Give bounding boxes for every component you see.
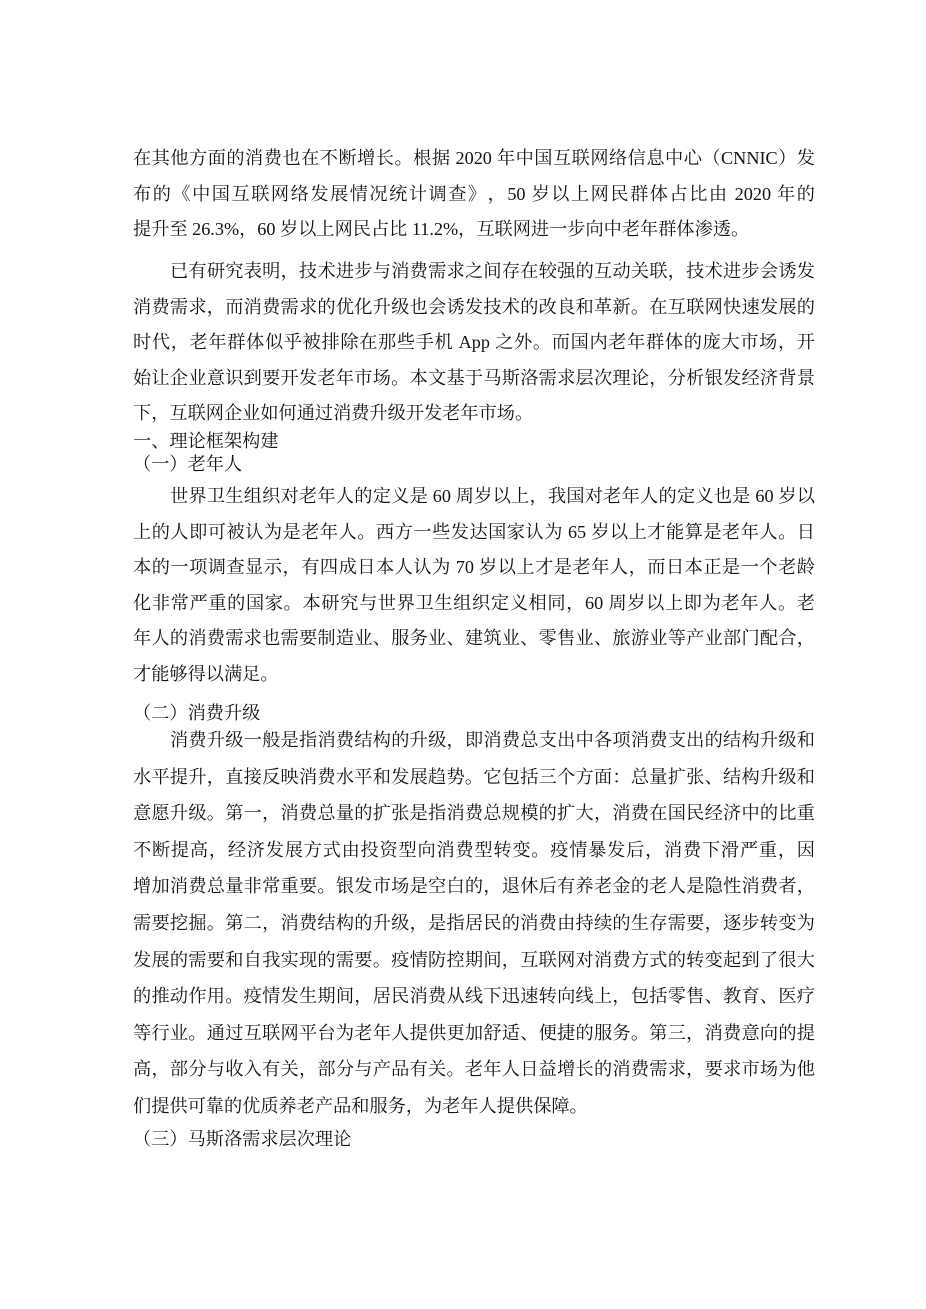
paragraph-line: 的推动作用。疫情发生期间，居民消费从线下迅速转向线上，包括零售、教育、医疗 (133, 978, 815, 1015)
paragraph-line: 已有研究表明，技术进步与消费需求之间存在较强的互动关联，技术进步会诱发 (133, 254, 815, 290)
paragraph-line: 消费需求，而消费需求的优化升级也会诱发技术的改良和革新。在互联网快速发展的 (133, 290, 815, 326)
paragraph-line: 高，部分与收入有关，部分与产品有关。老年人日益增长的消费需求，要求市场为他 (133, 1051, 815, 1088)
paragraph-line: 需要挖掘。第二，消费结构的升级，是指居民的消费由持续的生存需要，逐步转变为 (133, 905, 815, 942)
subsection-heading: （三）马斯洛需求层次理论 (133, 1126, 815, 1152)
paragraph-line: 提升至 26.3%，60 岁以上网民占比 11.2%，互联网进一步向中老年群体渗… (133, 212, 815, 248)
section-heading: 一、理论框架构建 (133, 430, 815, 452)
paragraph-line: 在其他方面的消费也在不断增长。根据 2020 年中国互联网络信息中心（CNNIC… (133, 141, 815, 177)
paragraph-line: 水平提升，直接反映消费水平和发展趋势。它包括三个方面：总量扩张、结构升级和 (133, 759, 815, 796)
paragraph-line: 年人的消费需求也需要制造业、服务业、建筑业、零售业、旅游业等产业部门配合， (133, 621, 815, 657)
document-page: 在其他方面的消费也在不断增长。根据 2020 年中国互联网络信息中心（CNNIC… (0, 0, 926, 1309)
paragraph-line: 不断提高，经济发展方式由投资型向消费型转变。疫情暴发后，消费下滑严重，因此， (133, 832, 815, 869)
paragraph-line: 本的一项调查显示，有四成日本人认为 70 岁以上才是老年人，而日本正是一个老龄 (133, 550, 815, 586)
paragraph-line: 意愿升级。第一，消费总量的扩张是指消费总规模的扩大，消费在国民经济中的比重 (133, 795, 815, 832)
paragraph-line: 布的《中国互联网络发展情况统计调查》，50 岁以上网民群体占比由 2020 年的… (133, 177, 815, 213)
paragraph-line: 世界卫生组织对老年人的定义是 60 周岁以上，我国对老年人的定义也是 60 岁以 (133, 479, 815, 515)
paragraph-elderly-definition: 世界卫生组织对老年人的定义是 60 周岁以上，我国对老年人的定义也是 60 岁以… (133, 479, 815, 692)
paragraph-line: 上的人即可被认为是老年人。西方一些发达国家认为 65 岁以上才能算是老年人。日 (133, 515, 815, 551)
subsection-heading: （一）老年人 (133, 452, 815, 476)
paragraph-intro-continued: 在其他方面的消费也在不断增长。根据 2020 年中国互联网络信息中心（CNNIC… (133, 141, 815, 248)
paragraph-line: 们提供可靠的优质养老产品和服务，为老年人提供保障。 (133, 1088, 815, 1125)
paragraph-line: 才能够得以满足。 (133, 657, 815, 693)
paragraph-line: 时代，老年群体似乎被排除在那些手机 App 之外。而国内老年群体的庞大市场，开 (133, 325, 815, 361)
paragraph-line: 发展的需要和自我实现的需要。疫情防控期间，互联网对消费方式的转变起到了很大 (133, 942, 815, 979)
paragraph-line: 消费升级一般是指消费结构的升级，即消费总支出中各项消费支出的结构升级和 (133, 722, 815, 759)
paragraph-line: 增加消费总量非常重要。银发市场是空白的，退休后有养老金的老人是隐性消费者， (133, 868, 815, 905)
paragraph-line: 下，互联网企业如何通过消费升级开发老年市场。 (133, 396, 815, 432)
paragraph-line: 化非常严重的国家。本研究与世界卫生组织定义相同，60 周岁以上即为老年人。老 (133, 586, 815, 622)
paragraph-line: 等行业。通过互联网平台为老年人提供更加舒适、便捷的服务。第三，消费意向的提 (133, 1015, 815, 1052)
paragraph-line: 始让企业意识到要开发老年市场。本文基于马斯洛需求层次理论，分析银发经济背景 (133, 361, 815, 397)
paragraph-research: 已有研究表明，技术进步与消费需求之间存在较强的互动关联，技术进步会诱发 消费需求… (133, 254, 815, 432)
paragraph-consumption-upgrade: 消费升级一般是指消费结构的升级，即消费总支出中各项消费支出的结构升级和 水平提升… (133, 722, 815, 1125)
